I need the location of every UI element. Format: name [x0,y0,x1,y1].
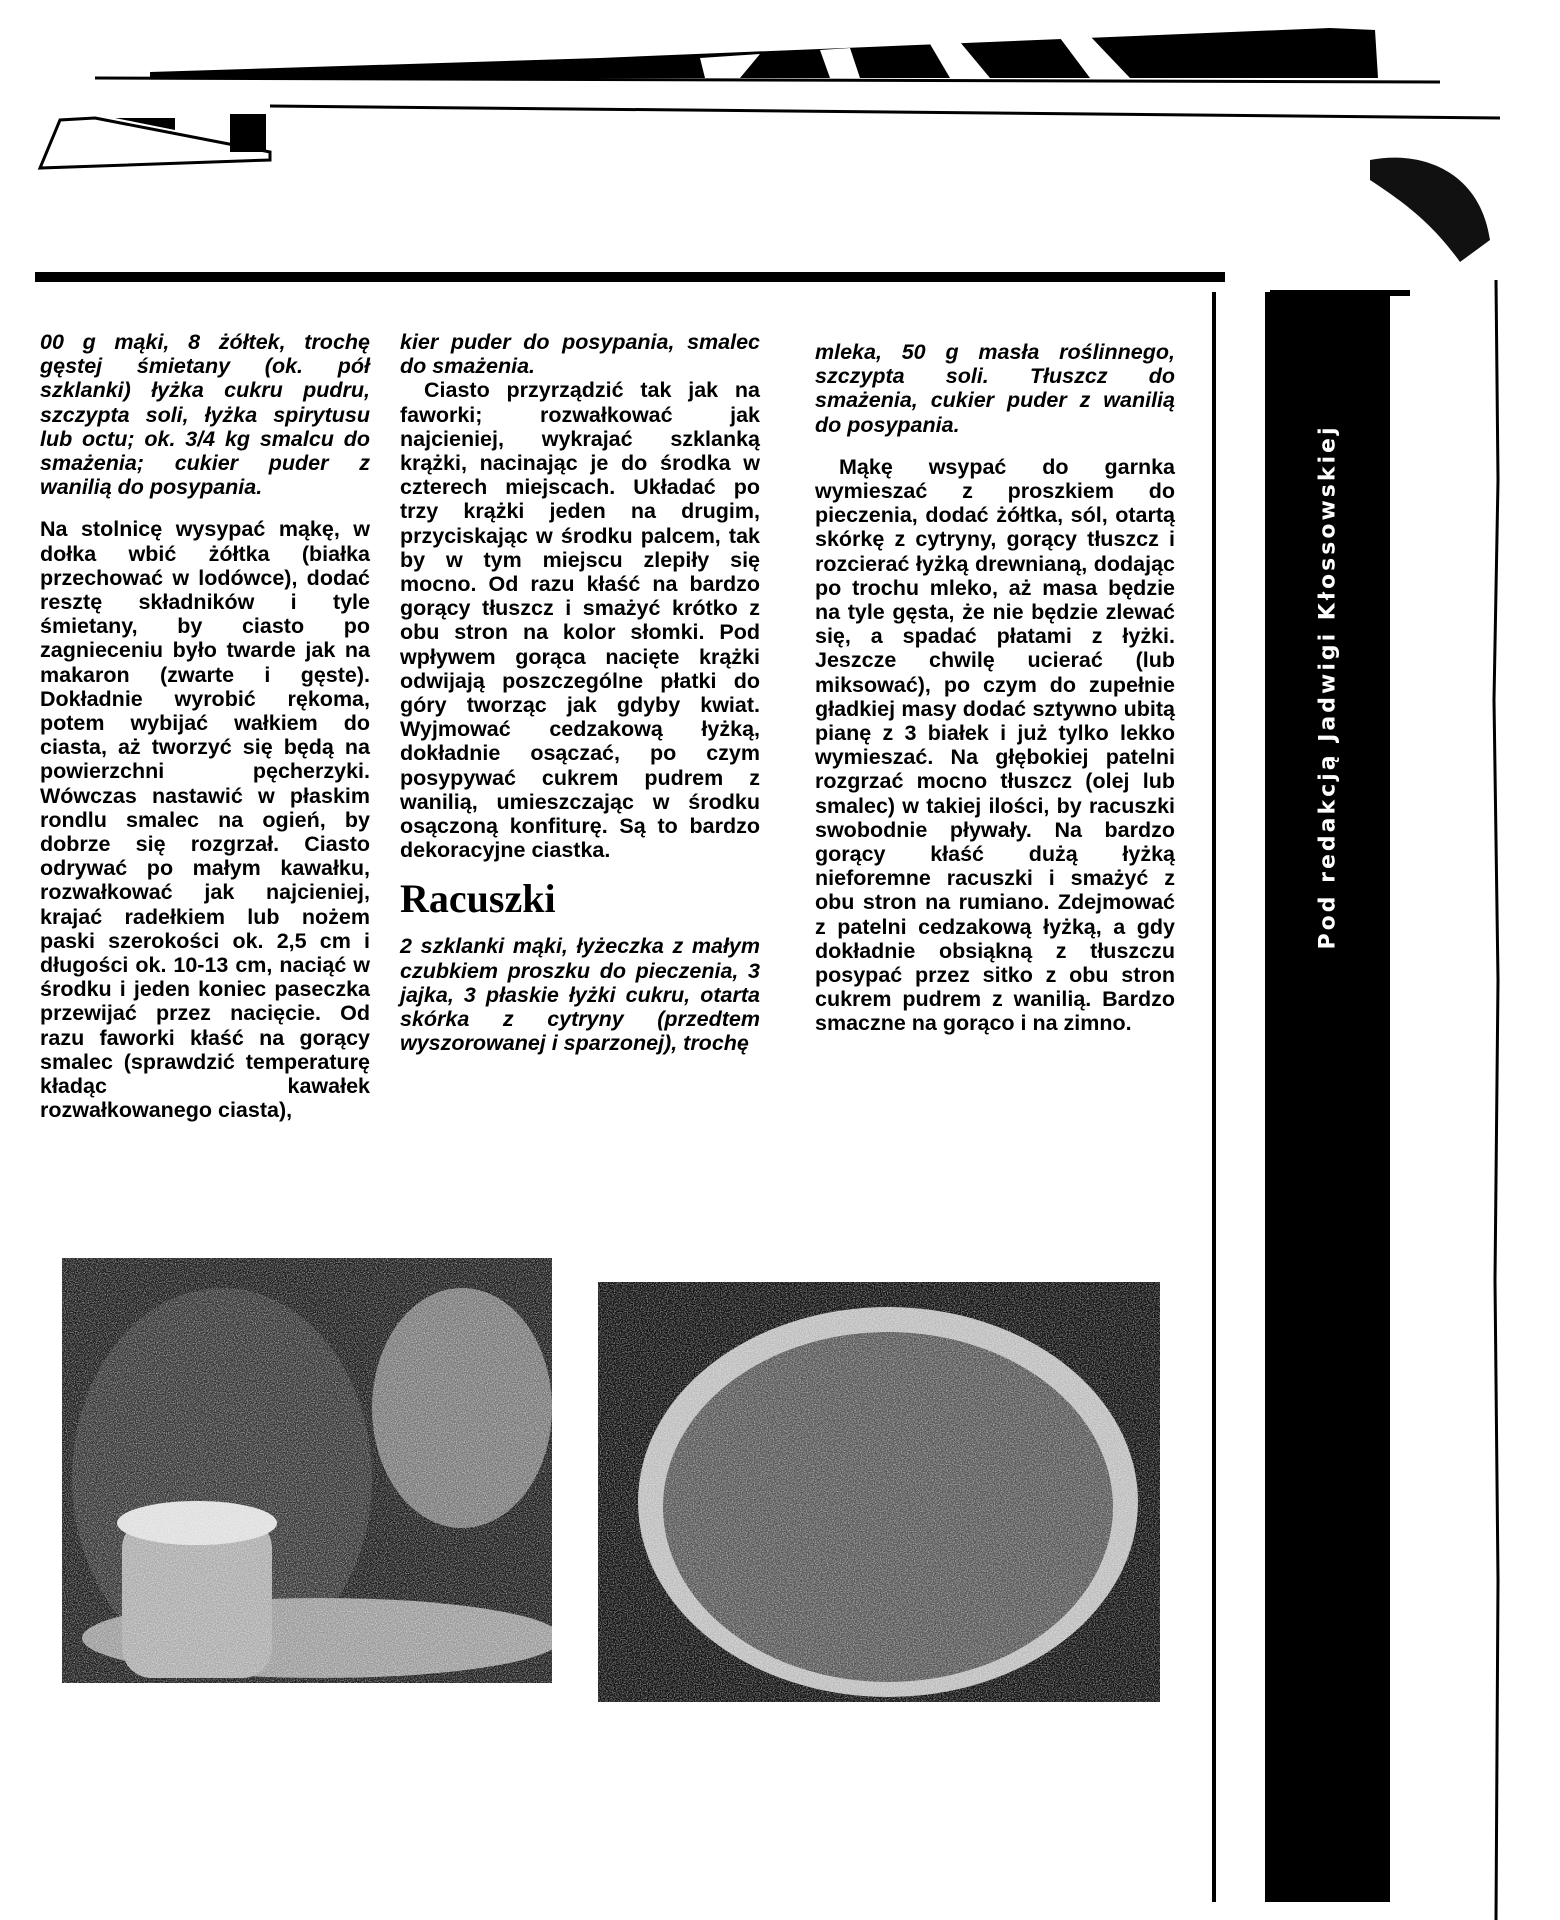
recipe-title: Racuszki [400,876,760,922]
left-ingredients: 00 g mąki, 8 żółtek, trochę gęstej śmiet… [40,330,370,499]
middle-method: Ciasto przyrządzić tak jak na faworki; r… [400,378,760,862]
scan-edge-graphic [0,0,1560,300]
column-divider [1212,292,1216,1902]
side-banner-text: Pod redakcją Jadwigi Kłossowskiej [1315,424,1340,949]
pastries-with-cup-photo [62,1258,552,1683]
round-tart-on-plate-photo [598,1282,1160,1702]
right-column: mleka, 50 g masła roślinnego, szczypta s… [815,340,1175,1036]
side-banner-text-wrap: Pod redakcją Jadwigi Kłossowskiej [1265,292,1390,1082]
page-top-edge [0,0,1560,300]
recipe-ingredients: 2 szklanki mąki, łyżeczka z małym czubki… [400,934,760,1055]
middle-ingredients: kier puder do posypania, smalec do smaże… [400,330,760,378]
page-right-edge [1490,280,1502,1920]
middle-column: kier puder do posypania, smalec do smaże… [400,330,760,1055]
right-ingredients: mleka, 50 g masła roślinnego, szczypta s… [815,340,1175,437]
left-method: Na stolnicę wysypać mąkę, w dołka wbić ż… [40,517,370,1122]
right-method: Mąkę wsypać do garnka wymieszać z proszk… [815,455,1175,1036]
left-column: 00 g mąki, 8 żółtek, trochę gęstej śmiet… [40,330,370,1123]
